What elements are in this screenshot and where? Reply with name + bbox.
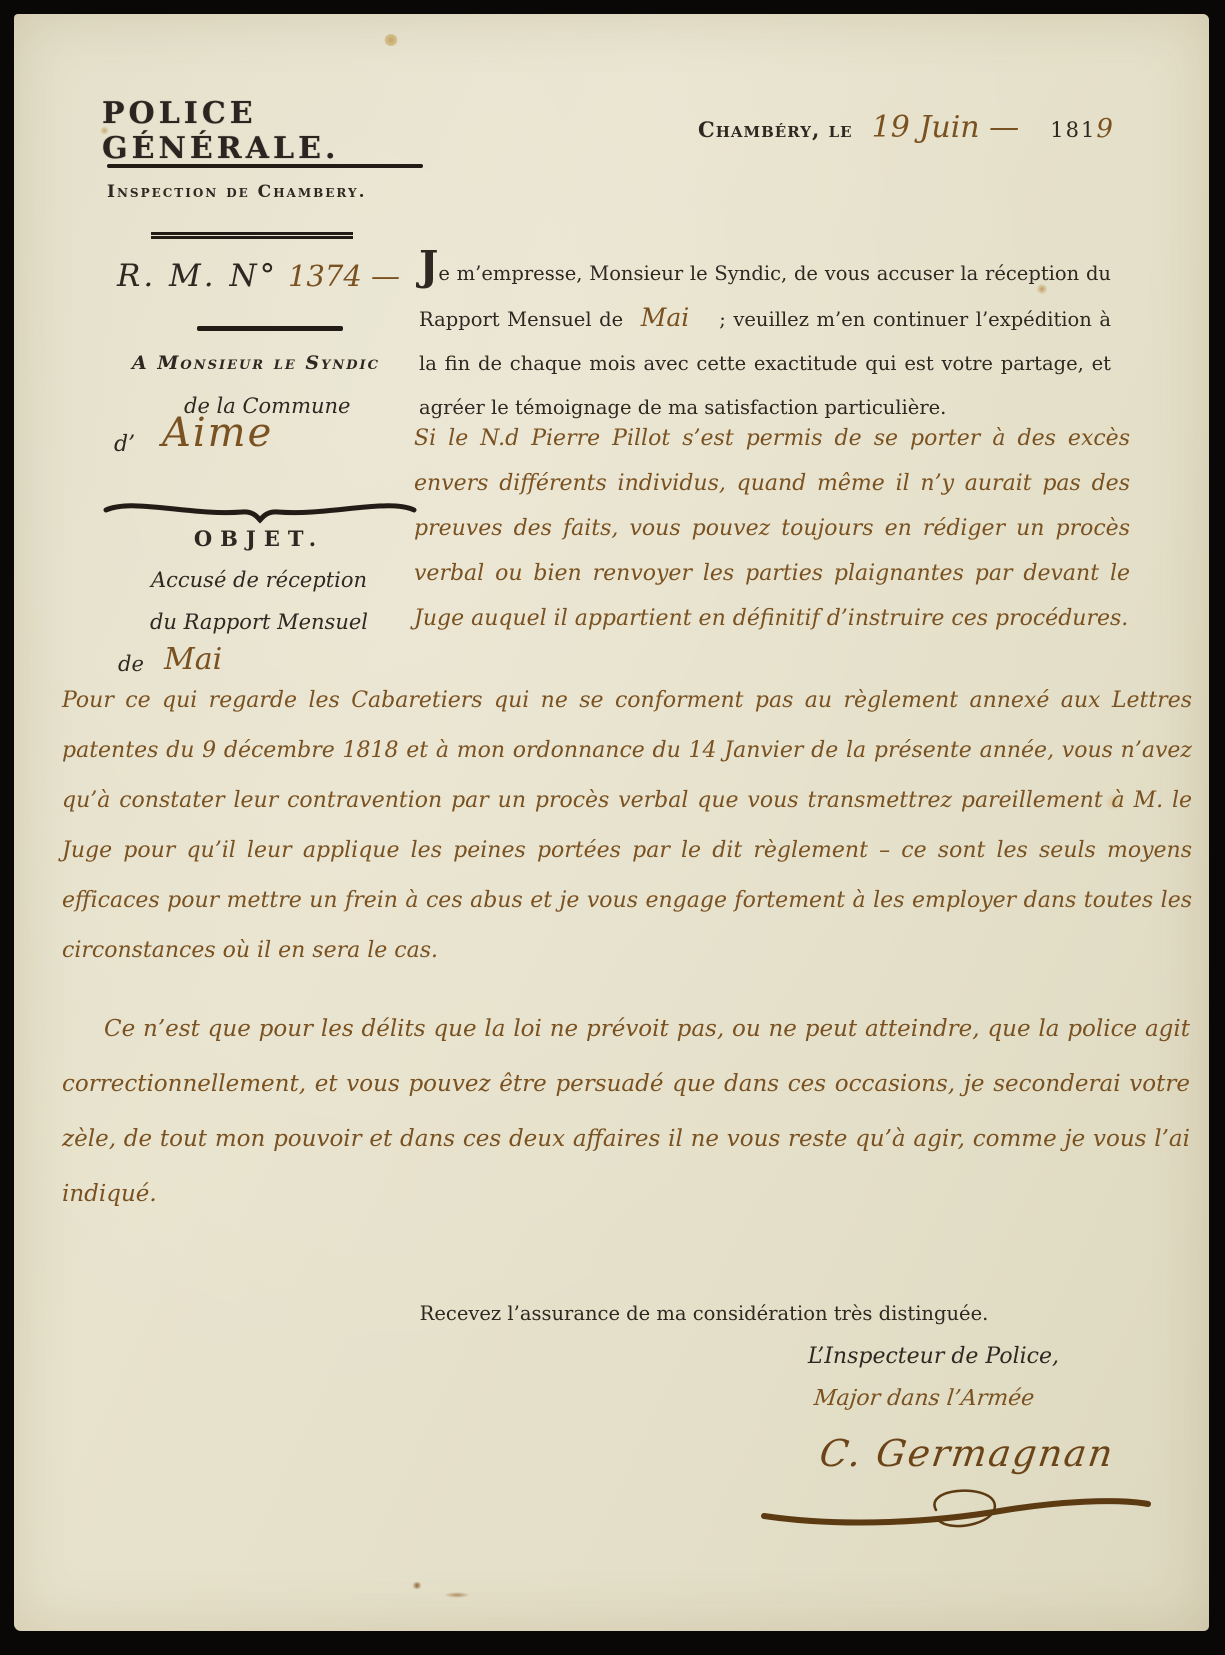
recipient-prefix: d’ [114,432,135,457]
handwritten-paragraph-cabaretiers: Pour ce qui regarde les Cabaretiers qui … [62,676,1192,976]
dateline-year-printed: 181 [1050,118,1096,142]
recipient-title: A Monsieur le Syndic [132,352,432,374]
recipient-commune-name-handwritten: Aime [162,410,273,456]
paper-stain [384,34,398,46]
closing-salutation: Recevez l’assurance de ma considération … [394,1302,1014,1325]
objet-line1: Accusé de réception [104,568,414,592]
agency-subtitle: Inspection de Chambery. [107,182,437,202]
handwritten-paragraph-delits: Ce n’est que pour les délits que la loi … [62,1002,1190,1222]
handwritten-paragraph-pillot: Si le N.d Pierre Pillot s’est permis de … [414,416,1130,641]
objet-month-prefix: de [118,652,144,676]
printed-opening-paragraph: Je m’empresse, Monsieur le Syndic, de vo… [419,252,1111,430]
signoff-rank-handwritten: Major dans l’Armée [813,1386,1036,1411]
dateline: Chambéry, le 19 Juin — 1819 [698,110,1113,145]
reference-label: R. M. N° [117,258,278,294]
objet-month-handwritten: Mai [164,642,222,677]
agency-title: POLICE GÉNÉRALE. [102,96,422,166]
dateline-place: Chambéry, le [698,117,853,142]
dateline-year-digit-handwritten: 9 [1096,114,1113,144]
reference-rule [197,326,343,331]
objet-heading: OBJET. [104,526,414,551]
objet-line2: du Rapport Mensuel [104,610,414,634]
title-rule [107,164,423,168]
reference-number-handwritten: 1374 — [288,259,400,293]
signature-name: C. Germagnan [817,1432,1117,1475]
dateline-date-handwritten: 19 Juin — [872,110,1020,145]
signoff-title-printed: L’Inspecteur de Police, [714,1344,1059,1369]
signature-flourish [756,1476,1156,1540]
letter-page: POLICE GÉNÉRALE. Inspection de Chambery.… [14,14,1209,1631]
month-handwritten-inline: Mai [631,303,720,332]
reference-number-line: R. M. N° 1374 — [117,258,437,294]
subtitle-rule [151,232,353,235]
paper-stain [444,1592,470,1598]
paper-stain [412,1582,422,1589]
